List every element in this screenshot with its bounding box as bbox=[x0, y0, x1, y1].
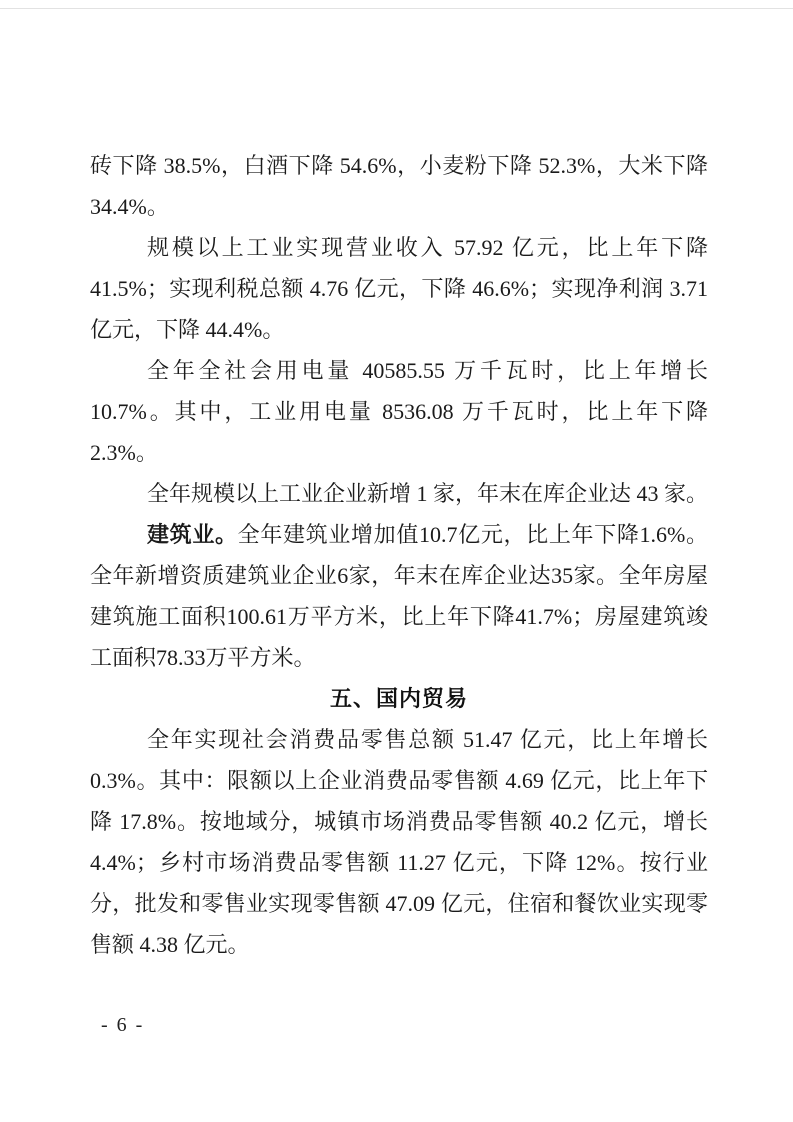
page-number: - 6 - bbox=[101, 1010, 144, 1040]
page-top-edge-line bbox=[0, 8, 793, 9]
document-page: 砖下降 38.5%，白酒下降 54.6%，小麦粉下降 52.3%，大米下降 34… bbox=[0, 0, 793, 1122]
paragraph-new-industrial-enterprises: 全年规模以上工业企业新增 1 家，年末在库企业达 43 家。 bbox=[90, 473, 708, 514]
paragraph-retail-sales: 全年实现社会消费品零售总额 51.47 亿元，比上年增长 0.3%。其中：限额以… bbox=[90, 719, 708, 965]
paragraph-construction-industry: 建筑业。全年建筑业增加值10.7亿元，比上年下降1.6%。全年新增资质建筑业企业… bbox=[90, 514, 708, 678]
paragraph-product-output-decline: 砖下降 38.5%，白酒下降 54.6%，小麦粉下降 52.3%，大米下降 34… bbox=[90, 145, 708, 227]
construction-lead-label: 建筑业。 bbox=[147, 522, 238, 547]
section-heading-domestic-trade: 五、国内贸易 bbox=[90, 678, 708, 719]
paragraph-electricity-consumption: 全年全社会用电量 40585.55 万千瓦时，比上年增长 10.7%。其中，工业… bbox=[90, 350, 708, 473]
page-content: 砖下降 38.5%，白酒下降 54.6%，小麦粉下降 52.3%，大米下降 34… bbox=[90, 145, 708, 965]
paragraph-industry-revenue: 规模以上工业实现营业收入 57.92 亿元，比上年下降 41.5%；实现利税总额… bbox=[90, 227, 708, 350]
